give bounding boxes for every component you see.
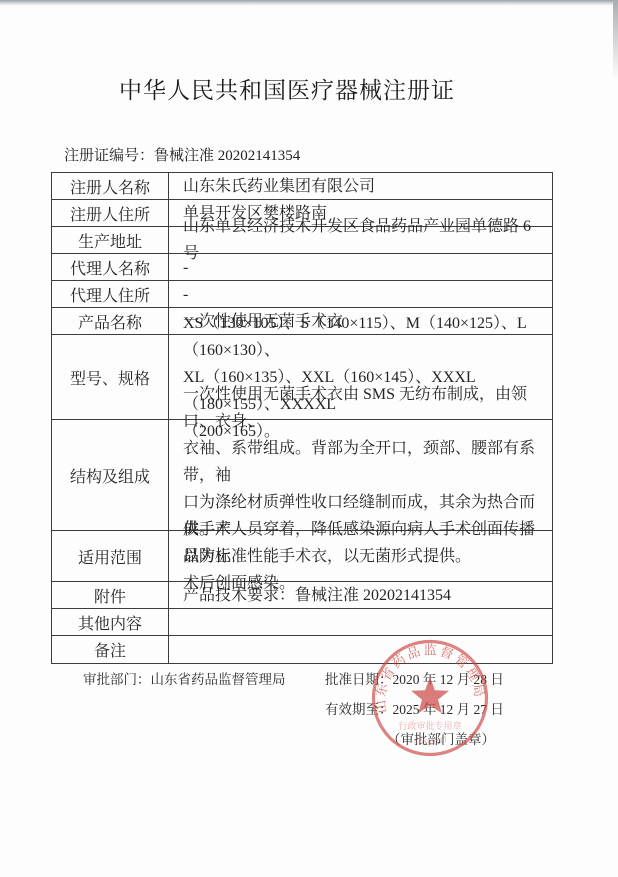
row-label: 附件 (52, 582, 169, 608)
row-value (169, 636, 552, 663)
row-value: - (169, 254, 552, 280)
table-row-remarks: 备注 (52, 636, 552, 663)
row-label: 结构及组成 (52, 420, 169, 530)
row-label: 型号、规格 (52, 335, 169, 419)
row-label: 注册人住所 (52, 200, 169, 226)
seal-note-line: （审批部门盖章） (325, 728, 557, 748)
valid-until-line: 有效期至：2025 年 12 月 27 日 (325, 698, 557, 718)
certificate-title: 中华人民共和国医疗器械注册证 (0, 72, 574, 105)
scan-edge-top (0, 0, 618, 6)
table-row-registrant-name: 注册人名称 山东朱氏药业集团有限公司 (52, 173, 552, 200)
registration-number-label: 注册证编号： (64, 148, 154, 164)
row-label: 生产地址 (52, 227, 169, 253)
table-row-agent-address: 代理人住所 - (52, 281, 552, 308)
table-row-structure-composition: 结构及组成 一次性使用无菌手术衣由 SMS 无纺布制成，由领口、衣身、 衣袖、系… (52, 420, 552, 531)
row-value: 山东单县经济技术开发区食品药品产业园单德路 6 号 (169, 227, 552, 253)
table-row-production-address: 生产地址 山东单县经济技术开发区食品药品产业园单德路 6 号 (52, 227, 552, 254)
table-row-attachment: 附件 产品技术要求：鲁械注准 20202141354 (52, 582, 552, 609)
approve-date-line: 批准日期：2020 年 12 月 28 日 (325, 668, 557, 688)
row-value: 山东朱氏药业集团有限公司 (169, 173, 552, 199)
row-label: 适用范围 (52, 531, 169, 581)
row-label: 代理人住所 (52, 281, 169, 307)
approval-department-line: 审批部门：山东省药品监督管理局 (83, 668, 286, 688)
certificate-table: 注册人名称 山东朱氏药业集团有限公司 注册人住所 单县开发区樊楼路南 生产地址 … (51, 172, 553, 664)
row-value (169, 609, 552, 635)
certificate-page: 中华人民共和国医疗器械注册证 注册证编号：鲁械注准 20202141354 注册… (0, 0, 618, 877)
footer-dates-block: 批准日期：2020 年 12 月 28 日 有效期至：2025 年 12 月 2… (325, 668, 557, 748)
registration-number-value: 鲁械注准 20202141354 (154, 148, 300, 164)
table-row-other-content: 其他内容 (52, 609, 552, 636)
registration-number-line: 注册证编号：鲁械注准 20202141354 (64, 144, 300, 165)
row-label: 备注 (52, 636, 169, 663)
table-row-intended-use: 适用范围 供手术人员穿着，降低感染源向病人手术创面传播以防止 术后创面感染。 (52, 531, 552, 582)
row-value: 产品技术要求：鲁械注准 20202141354 (169, 582, 552, 608)
table-row-agent-name: 代理人名称 - (52, 254, 552, 281)
row-label: 产品名称 (52, 308, 169, 334)
row-label: 代理人名称 (52, 254, 169, 280)
scan-edge-right (613, 0, 618, 80)
row-label: 其他内容 (52, 609, 169, 635)
row-value: - (169, 281, 552, 307)
row-label: 注册人名称 (52, 173, 169, 199)
row-value: 供手术人员穿着，降低感染源向病人手术创面传播以防止 术后创面感染。 (169, 531, 552, 581)
row-value: 一次性使用无菌手术衣由 SMS 无纺布制成，由领口、衣身、 衣袖、系带组成。背部… (169, 420, 552, 530)
